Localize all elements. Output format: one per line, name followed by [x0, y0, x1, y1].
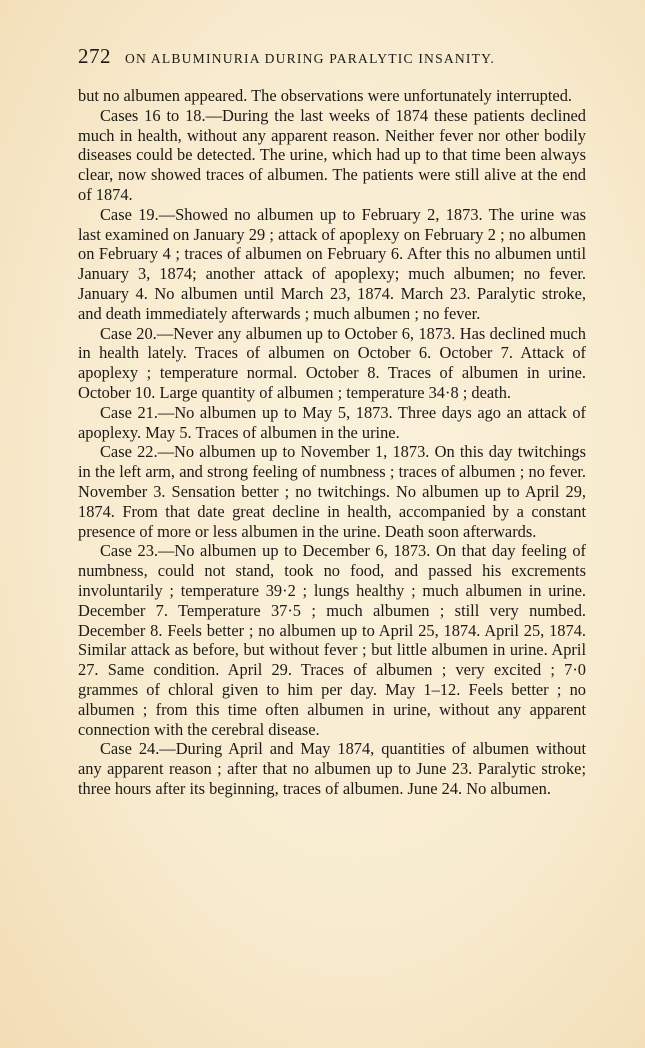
body-text: but no albumen appeared. The observation… [78, 86, 586, 799]
paragraph-case-19: Case 19.—Showed no albumen up to Februar… [78, 205, 586, 324]
book-page: 272 ON ALBUMINURIA DURING PARALYTIC INSA… [78, 44, 586, 799]
paragraph-case-23: Case 23.—No albumen up to December 6, 18… [78, 541, 586, 739]
running-title: ON ALBUMINURIA DURING PARALYTIC INSANITY… [125, 51, 495, 67]
running-head: 272 ON ALBUMINURIA DURING PARALYTIC INSA… [78, 44, 586, 70]
paragraph-case-22: Case 22.—No albumen up to November 1, 18… [78, 442, 586, 541]
page-number: 272 [78, 44, 111, 69]
paragraph-case-20: Case 20.—Never any albumen up to October… [78, 324, 586, 403]
paragraph-continuation: but no albumen appeared. The observation… [78, 86, 586, 106]
paragraph-cases-16-18: Cases 16 to 18.—During the last weeks of… [78, 106, 586, 205]
paragraph-case-21: Case 21.—No albumen up to May 5, 1873. T… [78, 403, 586, 443]
paragraph-case-24: Case 24.—During April and May 1874, quan… [78, 739, 586, 798]
